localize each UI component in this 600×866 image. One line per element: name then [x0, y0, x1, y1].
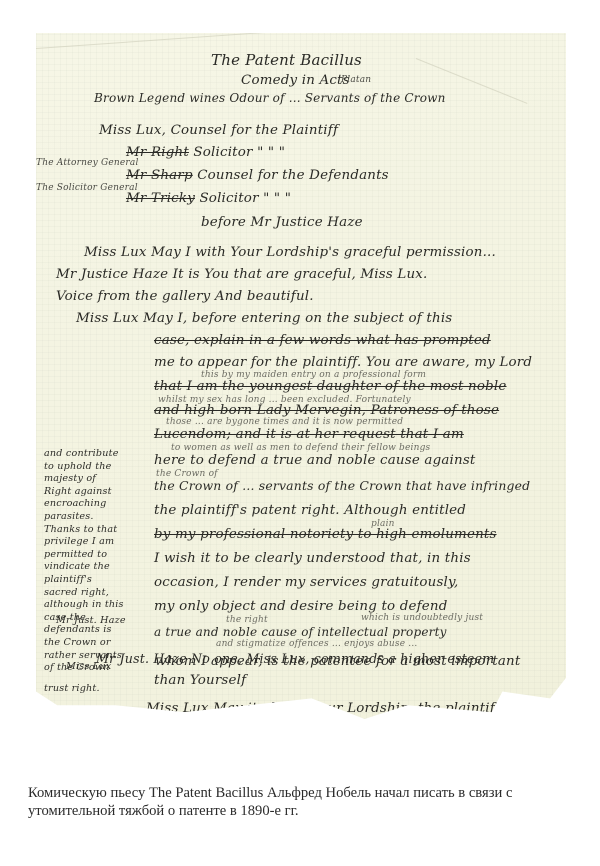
dialogue-line: the plaintiff's patent right. Although e…: [154, 503, 466, 518]
dialogue-line: Voice from the gallery And beautiful.: [56, 289, 314, 304]
margin-note: and contribute to uphold the majesty of …: [44, 448, 126, 675]
dialogue-line: I wish it to be clearly understood that,…: [154, 551, 471, 566]
cast-mr-right: Mr Right Solicitor " " ": [126, 145, 285, 160]
margin-note: trust right.: [44, 683, 126, 696]
dialogue-line: the Crown of ... servants of the Crown t…: [154, 478, 530, 493]
cast-role: Counsel for the Defendants: [197, 168, 389, 183]
interlinear-note: to women as well as men to defend their …: [171, 443, 430, 453]
dialogue-line: a true and noble cause of intellectual p…: [154, 625, 447, 639]
cast-mr-sharp: Mr Sharp Counsel for the Defendants: [126, 168, 389, 183]
manuscript-subtitle: Comedy in Acts: [241, 73, 350, 88]
cast-role: Solicitor " " ": [199, 191, 291, 206]
cast-insert-attorney: The Attorney General: [36, 158, 139, 168]
dialogue-line: Miss Lux May I with Your Lordship's grac…: [84, 245, 496, 260]
dialogue-line: Mr Justice Haze It is You that are grace…: [56, 267, 428, 282]
cast-name: Miss Lux,: [99, 123, 166, 138]
margin-speaker: Miss Lux: [66, 661, 146, 674]
header-line: Brown Legend wines Odour of ... Servants…: [94, 91, 446, 105]
interlinear-note: the right: [226, 615, 268, 625]
dialogue-line: case, explain in a few words what has pr…: [154, 333, 491, 348]
dialogue-line: that I am the youngest daughter of the m…: [154, 379, 507, 394]
interlinear-note: those ... are bygone times and it is now…: [166, 417, 403, 427]
dialogue-line: occasion, I render my services gratuitou…: [154, 575, 458, 590]
dialogue-line-last: whom I appear, is the patentee for a mos…: [155, 654, 520, 669]
cast-insert-solicitor: The Solicitor General: [36, 183, 138, 193]
cast-name: Mr Sharp: [126, 168, 193, 183]
dialogue-line: here to defend a true and noble cause ag…: [154, 453, 476, 468]
interlinear-note: and stigmatize offences ... enjoys abuse…: [216, 639, 417, 649]
manuscript-title: The Patent Bacillus: [211, 51, 362, 69]
cast-name: Mr Tricky: [126, 191, 195, 206]
photo-caption: Комическую пьесу The Patent Bacillus Аль…: [28, 785, 588, 820]
dialogue-line: my only object and desire being to defen…: [154, 599, 448, 614]
cast-role: Solicitor " " ": [193, 145, 285, 160]
dialogue-line: by my professional notoriety to high emo…: [154, 527, 497, 542]
header-insert: Platan: [341, 75, 371, 85]
dialogue-line: than Yourself: [154, 673, 246, 688]
paper-fold: [36, 32, 266, 49]
dialogue-line: me to appear for the plaintiff. You are …: [154, 355, 532, 370]
dialogue-line: Lucendom; and it is at her request that …: [154, 427, 464, 442]
dialogue-line: and high-born Lady Mervegin, Patroness o…: [154, 403, 499, 418]
manuscript-page: The Patent Bacillus Comedy in Acts Plata…: [36, 33, 566, 719]
cast-judge: before Mr Justice Haze: [201, 215, 363, 230]
cast-mr-tricky: Mr Tricky Solicitor " " ": [126, 191, 291, 206]
interlinear-note: which is undoubtedly just: [361, 613, 483, 623]
dialogue-line: Miss Lux May I, before entering on the s…: [76, 311, 452, 326]
margin-speaker: Mr Just. Haze: [56, 615, 136, 628]
cast-role: Counsel for the Plaintiff: [171, 123, 339, 138]
dialogue-line: Miss Lux May it please Your Lordship, th…: [146, 701, 525, 716]
cast-miss-lux: Miss Lux, Counsel for the Plaintiff: [99, 123, 338, 138]
